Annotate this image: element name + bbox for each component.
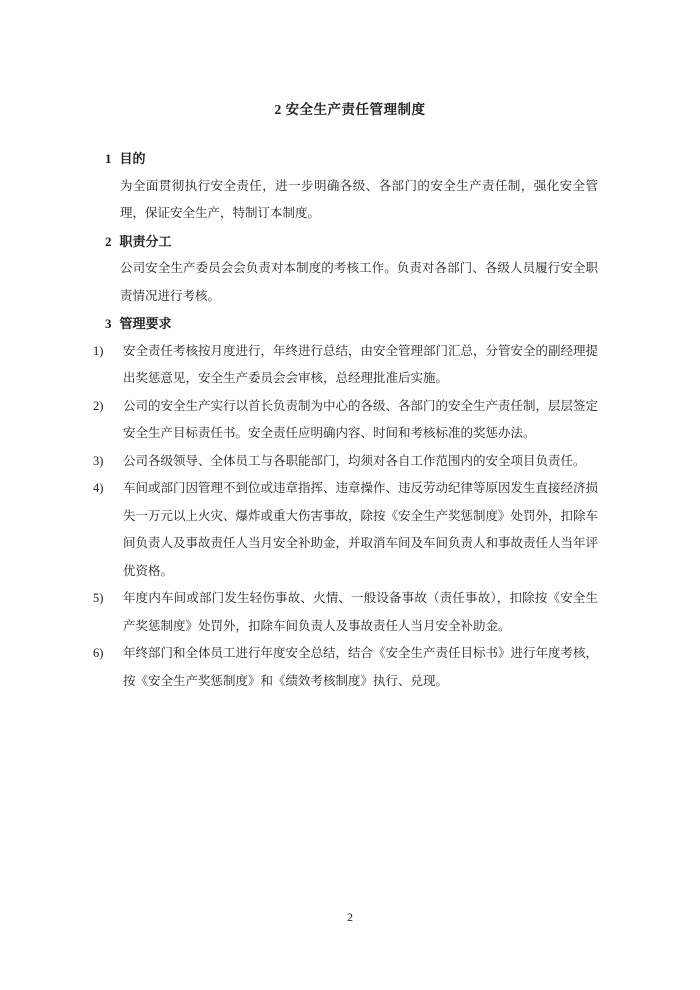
page-number: 2	[0, 908, 700, 926]
document-page: 2 安全生产责任管理制度 1目的 为全面贯彻执行安全责任，进一步明确各级、各部门…	[0, 0, 700, 990]
item-number: 6)	[93, 640, 103, 668]
item-text: 公司各级领导、全体员工与各职能部门，均须对各自工作范围内的安全项目负责任。	[123, 454, 586, 468]
section-heading: 2职责分工	[105, 228, 598, 256]
numbered-item: 5)年度内车间或部门发生轻伤事故、火情、一般设备事故（责任事故），扣除按《安全生…	[93, 585, 598, 640]
section-heading: 3管理要求	[105, 310, 598, 338]
item-number: 3)	[93, 448, 103, 476]
section-purpose: 1目的 为全面贯彻执行安全责任，进一步明确各级、各部门的安全生产责任制，强化安全…	[0, 145, 700, 228]
item-text: 年终部门和全体员工进行年度安全总结，结合《安全生产责任目标书》进行年度考核，按《…	[123, 646, 598, 688]
section-heading-label: 管理要求	[120, 316, 172, 331]
item-text: 年度内车间或部门发生轻伤事故、火情、一般设备事故（责任事故），扣除按《安全生产奖…	[123, 591, 598, 633]
item-number: 5)	[93, 585, 103, 613]
section-heading: 1目的	[105, 145, 598, 173]
numbered-item: 3)公司各级领导、全体员工与各职能部门，均须对各自工作范围内的安全项目负责任。	[93, 448, 598, 476]
item-number: 2)	[93, 393, 103, 421]
document-title: 2 安全生产责任管理制度	[0, 96, 700, 124]
section-heading-label: 职责分工	[120, 234, 172, 249]
item-text: 公司的安全生产实行以首长负责制为中心的各级、各部门的安全生产责任制，层层签定安全…	[123, 399, 598, 441]
body-paragraph: 公司安全生产委员会会负责对本制度的考核工作。负责对各部门、各级人员履行安全职责情…	[120, 255, 598, 310]
section-requirements: 3管理要求 1)安全责任考核按月度进行，年终进行总结，由安全管理部门汇总，分管安…	[0, 310, 700, 695]
item-number: 4)	[93, 475, 103, 503]
section-number: 2	[105, 234, 112, 249]
item-text: 安全责任考核按月度进行，年终进行总结，由安全管理部门汇总，分管安全的副经理提出奖…	[123, 344, 598, 386]
numbered-item: 2)公司的安全生产实行以首长负责制为中心的各级、各部门的安全生产责任制，层层签定…	[93, 393, 598, 448]
body-paragraph: 为全面贯彻执行安全责任，进一步明确各级、各部门的安全生产责任制，强化安全管理，保…	[120, 173, 598, 228]
section-heading-label: 目的	[120, 151, 146, 166]
section-duties: 2职责分工 公司安全生产委员会会负责对本制度的考核工作。负责对各部门、各级人员履…	[0, 228, 700, 311]
numbered-item: 1)安全责任考核按月度进行，年终进行总结，由安全管理部门汇总，分管安全的副经理提…	[93, 338, 598, 393]
numbered-item: 4)车间或部门因管理不到位或违章指挥、违章操作、违反劳动纪律等原因发生直接经济损…	[93, 475, 598, 585]
item-number: 1)	[93, 338, 103, 366]
numbered-item: 6)年终部门和全体员工进行年度安全总结，结合《安全生产责任目标书》进行年度考核，…	[93, 640, 598, 695]
item-text: 车间或部门因管理不到位或违章指挥、违章操作、违反劳动纪律等原因发生直接经济损失一…	[123, 481, 598, 578]
section-number: 3	[105, 316, 112, 331]
section-number: 1	[105, 151, 112, 166]
